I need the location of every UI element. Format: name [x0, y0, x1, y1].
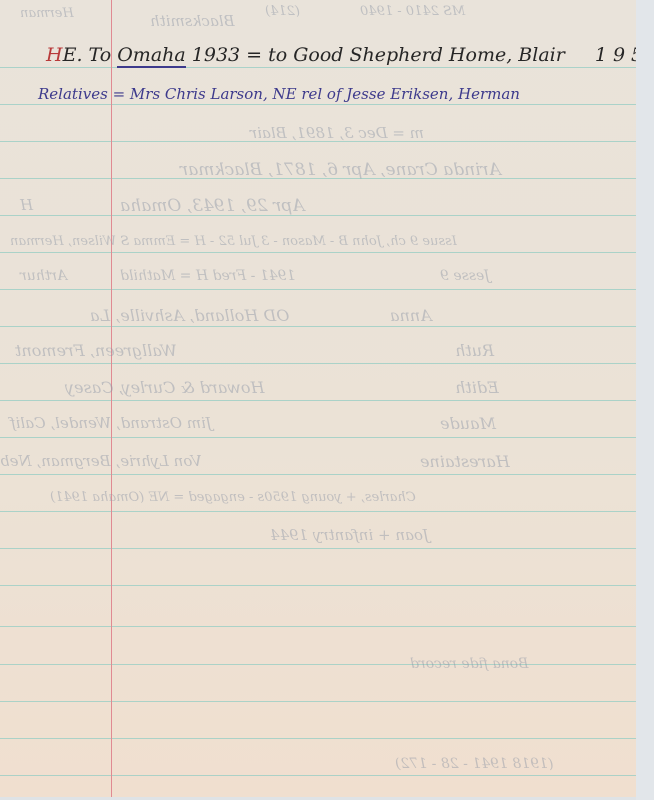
rule-line — [0, 548, 636, 549]
bleed-text: Maude — [440, 414, 496, 433]
bleed-text: Wallgreen, Fremont — [15, 341, 177, 360]
rule-line — [0, 626, 636, 627]
notebook-page: Herman Blacksmith (214) MS 2410 - 1940 m… — [0, 0, 636, 797]
rule-line — [0, 585, 636, 586]
bleed-text: 1941 - Fred H = Mathild — [120, 268, 295, 284]
bleed-text: Jim Ostrand, Wendel, Calif — [10, 414, 212, 432]
bleed-text: Charles, + young 1950s - engaged = NE (O… — [50, 490, 416, 505]
rule-line — [0, 400, 636, 401]
margin-line — [111, 0, 112, 797]
relatives-text: = Mrs Chris Larson, NE rel of Jesse Erik… — [113, 85, 520, 103]
bleed-text: Anna — [390, 306, 432, 325]
bleed-text: Blacksmith — [150, 12, 235, 30]
bleed-text: Issue 9 ch, John B - Mason - 3 Jul 52 - … — [10, 234, 457, 249]
bleed-text: Howard & Curley, Casey — [65, 378, 265, 397]
bleed-text: Von Lyhrie, Bergman, Neb — [0, 452, 202, 470]
bleed-text: (214) — [265, 4, 300, 19]
bleed-text: Edith — [455, 378, 499, 397]
bleed-text: Joan + infantry 1944 — [270, 526, 429, 544]
bleed-text: OD Holland, Ashville, La — [90, 306, 289, 325]
rule-line — [0, 701, 636, 702]
rule-line — [0, 215, 636, 216]
bleed-text: Arinda Crane, Apr 6, 1871, Blackmar — [180, 160, 501, 180]
entry-prefix: E. — [63, 44, 83, 66]
relatives-label: Relatives — [38, 85, 108, 103]
bleed-text: Bona fide record — [410, 656, 528, 672]
bleed-text: Herman — [20, 6, 74, 21]
entry-place: Omaha — [117, 44, 186, 68]
bleed-text: (1918 1941 - 28 - 172) — [395, 756, 553, 772]
bleed-text: MS 2410 - 1940 — [360, 4, 465, 19]
scan-background — [636, 0, 654, 800]
rule-line — [0, 252, 636, 253]
rule-line — [0, 104, 636, 105]
entry-text: 1933 = to Good Shepherd Home, Blair — [192, 44, 565, 66]
rule-line — [0, 738, 636, 739]
rule-line — [0, 437, 636, 438]
bleed-text: Arthur — [20, 268, 67, 284]
rule-line — [0, 289, 636, 290]
rule-line — [0, 67, 636, 68]
rule-line — [0, 363, 636, 364]
bleed-text: Ruth — [455, 341, 494, 360]
bleed-text: m = Dec 3, 1891, Blair — [250, 124, 424, 142]
entry-to: To — [89, 44, 112, 66]
bleed-text: Jesse 9 — [440, 268, 490, 284]
rule-line — [0, 474, 636, 475]
rule-line — [0, 511, 636, 512]
red-correction-mark: H — [46, 44, 63, 66]
rule-line — [0, 775, 636, 776]
bleed-text: Apr 29, 1943, Omaha — [120, 196, 304, 216]
bleed-text: H — [20, 196, 33, 214]
entry-line-2: Relatives = Mrs Chris Larson, NE rel of … — [38, 85, 520, 103]
entry-line-1: HE. To Omaha 1933 = to Good Shepherd Hom… — [46, 44, 654, 66]
bleed-text: Harestaine — [420, 452, 510, 471]
rule-line — [0, 664, 636, 665]
rule-line — [0, 326, 636, 327]
